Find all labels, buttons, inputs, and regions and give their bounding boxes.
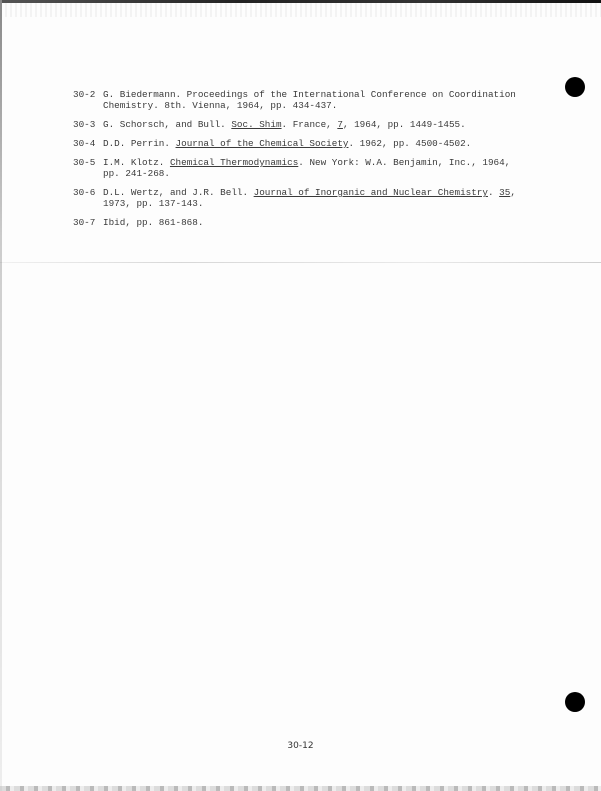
reference-text: I.M. Klotz. Chemical Thermodynamics. New… bbox=[103, 157, 523, 179]
journal-title: Soc. Shim bbox=[231, 119, 281, 130]
reference-number: 30-4 bbox=[73, 138, 103, 149]
reference-number: 30-2 bbox=[73, 89, 103, 111]
page-number: 30-12 bbox=[0, 741, 601, 751]
reference-item: 30-3 G. Schorsch, and Bull. Soc. Shim. F… bbox=[73, 119, 523, 130]
reference-number: 30-5 bbox=[73, 157, 103, 179]
scan-left-edge bbox=[0, 0, 2, 791]
reference-number: 30-7 bbox=[73, 217, 103, 228]
reference-text-part: G. Biedermann. Proceedings of the Intern… bbox=[103, 89, 516, 111]
volume-number: 35 bbox=[499, 187, 510, 198]
reference-number: 30-3 bbox=[73, 119, 103, 130]
reference-text: G. Schorsch, and Bull. Soc. Shim. France… bbox=[103, 119, 523, 130]
reference-text-part: I.M. Klotz. bbox=[103, 157, 170, 168]
reference-item: 30-4 D.D. Perrin. Journal of the Chemica… bbox=[73, 138, 523, 149]
book-title: Chemical Thermodynamics bbox=[170, 157, 298, 168]
reference-item: 30-6 D.L. Wertz, and J.R. Bell. Journal … bbox=[73, 187, 523, 209]
reference-list: 30-2 G. Biedermann. Proceedings of the I… bbox=[73, 89, 523, 236]
reference-text: D.D. Perrin. Journal of the Chemical Soc… bbox=[103, 138, 523, 149]
reference-item: 30-7 Ibid, pp. 861-868. bbox=[73, 217, 523, 228]
reference-text-part: Ibid, pp. 861-868. bbox=[103, 217, 203, 228]
reference-item: 30-2 G. Biedermann. Proceedings of the I… bbox=[73, 89, 523, 111]
scan-noise bbox=[0, 3, 601, 17]
reference-item: 30-5 I.M. Klotz. Chemical Thermodynamics… bbox=[73, 157, 523, 179]
reference-number: 30-6 bbox=[73, 187, 103, 209]
reference-text-part: D.L. Wertz, and J.R. Bell. bbox=[103, 187, 254, 198]
reference-text-part: . 1962, pp. 4500-4502. bbox=[348, 138, 471, 149]
punch-hole-bottom bbox=[565, 692, 585, 712]
reference-text-part: . bbox=[488, 187, 499, 198]
reference-text: Ibid, pp. 861-868. bbox=[103, 217, 523, 228]
journal-title: Journal of the Chemical Society bbox=[176, 138, 349, 149]
reference-text-part: G. Schorsch, and Bull. bbox=[103, 119, 231, 130]
horizontal-rule bbox=[0, 262, 601, 263]
reference-text-part: , 1964, pp. 1449-1455. bbox=[343, 119, 466, 130]
reference-text-part: D.D. Perrin. bbox=[103, 138, 176, 149]
reference-text: G. Biedermann. Proceedings of the Intern… bbox=[103, 89, 523, 111]
scan-bottom-edge bbox=[0, 786, 601, 791]
reference-text: D.L. Wertz, and J.R. Bell. Journal of In… bbox=[103, 187, 523, 209]
journal-title: Journal of Inorganic and Nuclear Chemist… bbox=[254, 187, 488, 198]
reference-text-part: . France, bbox=[282, 119, 338, 130]
punch-hole-top bbox=[565, 77, 585, 97]
